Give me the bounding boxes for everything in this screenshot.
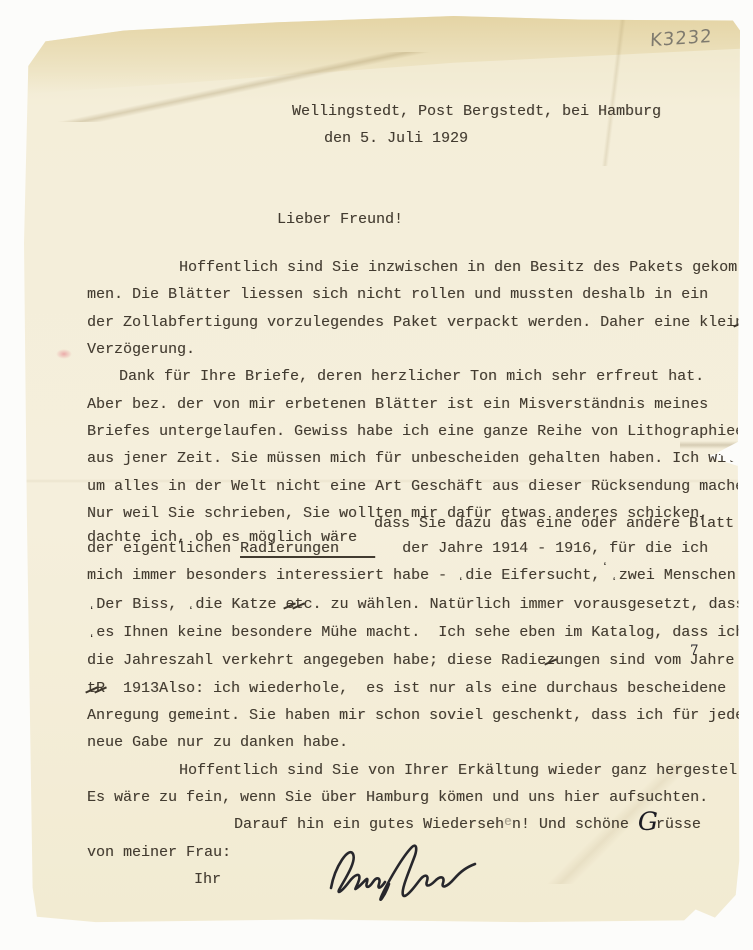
letter-text: ʻ [88,605,95,619]
letter-line: von meiner Frau: [87,839,753,866]
interline-insertion: dass Sie dazu das eine oder andere Blatt [374,510,734,537]
letter-text: e [744,314,753,331]
letter-line: tR 1913Also: ich wiederhole, es ist nur … [87,675,753,702]
letter-text: Es wäre zu fein, wenn Sie über Hamburg k… [87,789,708,806]
letter-line: men. Die Blätter liessen sich nicht roll… [87,281,753,308]
letter-text: die Eifersucht, [465,567,600,584]
date-line: den 5. Juli 1929 [324,125,753,152]
letter-text: Verzögerung. [87,341,195,358]
letter-line: Hoffentlich sind Sie von Ihrer Erkältung… [179,757,753,784]
letter-text: ʻ [457,576,464,590]
letter-text: Ihr [194,871,221,888]
sender-address-line: Wellingstedt, Post Bergstedt, bei Hambur… [292,98,753,125]
letter-text: um alles in der Welt nicht eine Art Gesc… [87,478,753,495]
letter-line: Anregung gemeint. Sie haben mir schon so… [87,702,753,729]
letter-text: der eigentlichen [87,540,240,557]
letter-text: Briefes untergelaufen. Gewiss habe ich e… [87,423,753,440]
letter-text: n! Und schöne [512,816,638,833]
line-gap [87,153,753,206]
letter-text: rüsse [656,816,701,833]
letter-text: neue Gabe nur zu danken habe. [87,734,348,751]
letter-text: die Katze [195,596,285,613]
letter-line: Dank für Ihre Briefe, deren herzlicher T… [119,363,753,390]
letter-text: Radierungen [240,540,375,557]
letter-text: Hoffentlich sind Sie inzwischen in den B… [179,259,746,276]
letter-text: Wellingstedt, Post Bergstedt, bei Hambur… [292,103,661,120]
letter-line: ʻes Ihnen keine besondere Mühe macht. Ic… [87,619,753,647]
letter-line: aus jener Zeit. Sie müssen mich für unbe… [87,445,753,472]
letter-text: R [96,675,105,702]
letter-text: 7 [690,643,698,658]
letter-text: e [504,814,512,829]
letter-text: Dank für Ihre Briefe, deren herzlicher T… [119,368,704,385]
ink-smudge [56,349,72,359]
letter-body: dass Sie dazu das eine oder andere Blatt… [87,98,753,893]
letter-line: Darauf hin ein gutes Wiedersehen! Und sc… [234,811,753,838]
letter-text: aus jener Zeit. Sie müssen mich für unbe… [87,450,744,467]
letter-text: zwei Menschen. [619,567,745,584]
letter-text: von meiner Frau: [87,844,231,861]
letter-text: die Jahreszahl verkehrt angegeben habe; … [87,652,546,669]
scanned-letter: K3232 dass Sie dazu das eine oder andere… [0,0,753,950]
archive-code: K3232 [650,26,713,51]
letter-text: Lieber Freund! [277,211,403,228]
letter-line: Hoffentlich sind Sie inzwischen in den B… [179,254,753,281]
letter-text: Aber bez. der von mir erbetenen Blätter … [87,396,708,413]
letter-line: neue Gabe nur zu danken habe. [87,729,753,756]
letter-text: der Jahre 1914 - 1916, für die ich [375,540,708,557]
letter-text: t [294,591,303,618]
letter-text: Anregung gemeint. Sie haben mir schon so… [87,707,744,724]
letter-text: ʻ [611,576,618,590]
letter-text: c. zu wählen. Natürlich immer vorausgese… [303,596,744,613]
letter-line: ʻDer Biss, ʻdie Katze etc. zu wählen. Na… [87,591,753,619]
letter-text: Hoffentlich sind Sie von Ihrer Erkältung… [179,762,753,779]
salutation: Lieber Freund! [277,206,753,233]
letter-line: um alles in der Welt nicht eine Art Gesc… [87,473,753,500]
letter-line: der Zollabfertigung vorzulegendes Paket … [87,309,753,336]
letter-text: e [285,591,294,618]
letter-text: der Zollabfertigung vorzulegendes Paket … [87,314,735,331]
letter-line: Verzögerung. [87,336,753,363]
letter-line: der eigentlichen Radierungen der Jahre 1… [87,535,753,562]
letter-line: die Jahreszahl verkehrt angegeben habe; … [87,647,753,674]
letter-text: Der Biss, [96,596,186,613]
letter-text: men. Die Blätter liessen sich nicht roll… [87,286,708,303]
letter-text: n [735,309,744,336]
letter-text: mich immer besonders interessiert habe - [87,567,456,584]
letter-text: ungen sind vom [555,652,690,669]
letter-text: den 5. Juli 1929 [324,130,468,147]
letter-line: mich immer besonders interessiert habe -… [87,562,753,590]
letter-text: Darauf hin ein gutes Wiederseh [234,816,504,833]
letter-line: Aber bez. der von mir erbetenen Blätter … [87,391,753,418]
letter-text: ʻ [88,633,95,647]
letter-text: ʻ [187,605,194,619]
letter-text: es Ihnen keine besondere Mühe macht. Ich… [96,624,744,641]
letter-text: z [546,647,555,674]
letter-text: 1913Also: ich wiederhole, es ist nur als… [105,680,726,697]
letter-paper: K3232 dass Sie dazu das eine oder andere… [24,16,740,924]
letter-text: ʻ [601,561,608,575]
paper-nick [680,915,706,925]
letter-text: G [638,807,658,836]
letter-text: ʻ [746,561,753,575]
closing-ihr: Ihr [194,866,753,893]
line-gap [87,233,753,254]
letter-text: t [87,675,96,702]
letter-line: Briefes untergelaufen. Gewiss habe ich e… [87,418,753,445]
